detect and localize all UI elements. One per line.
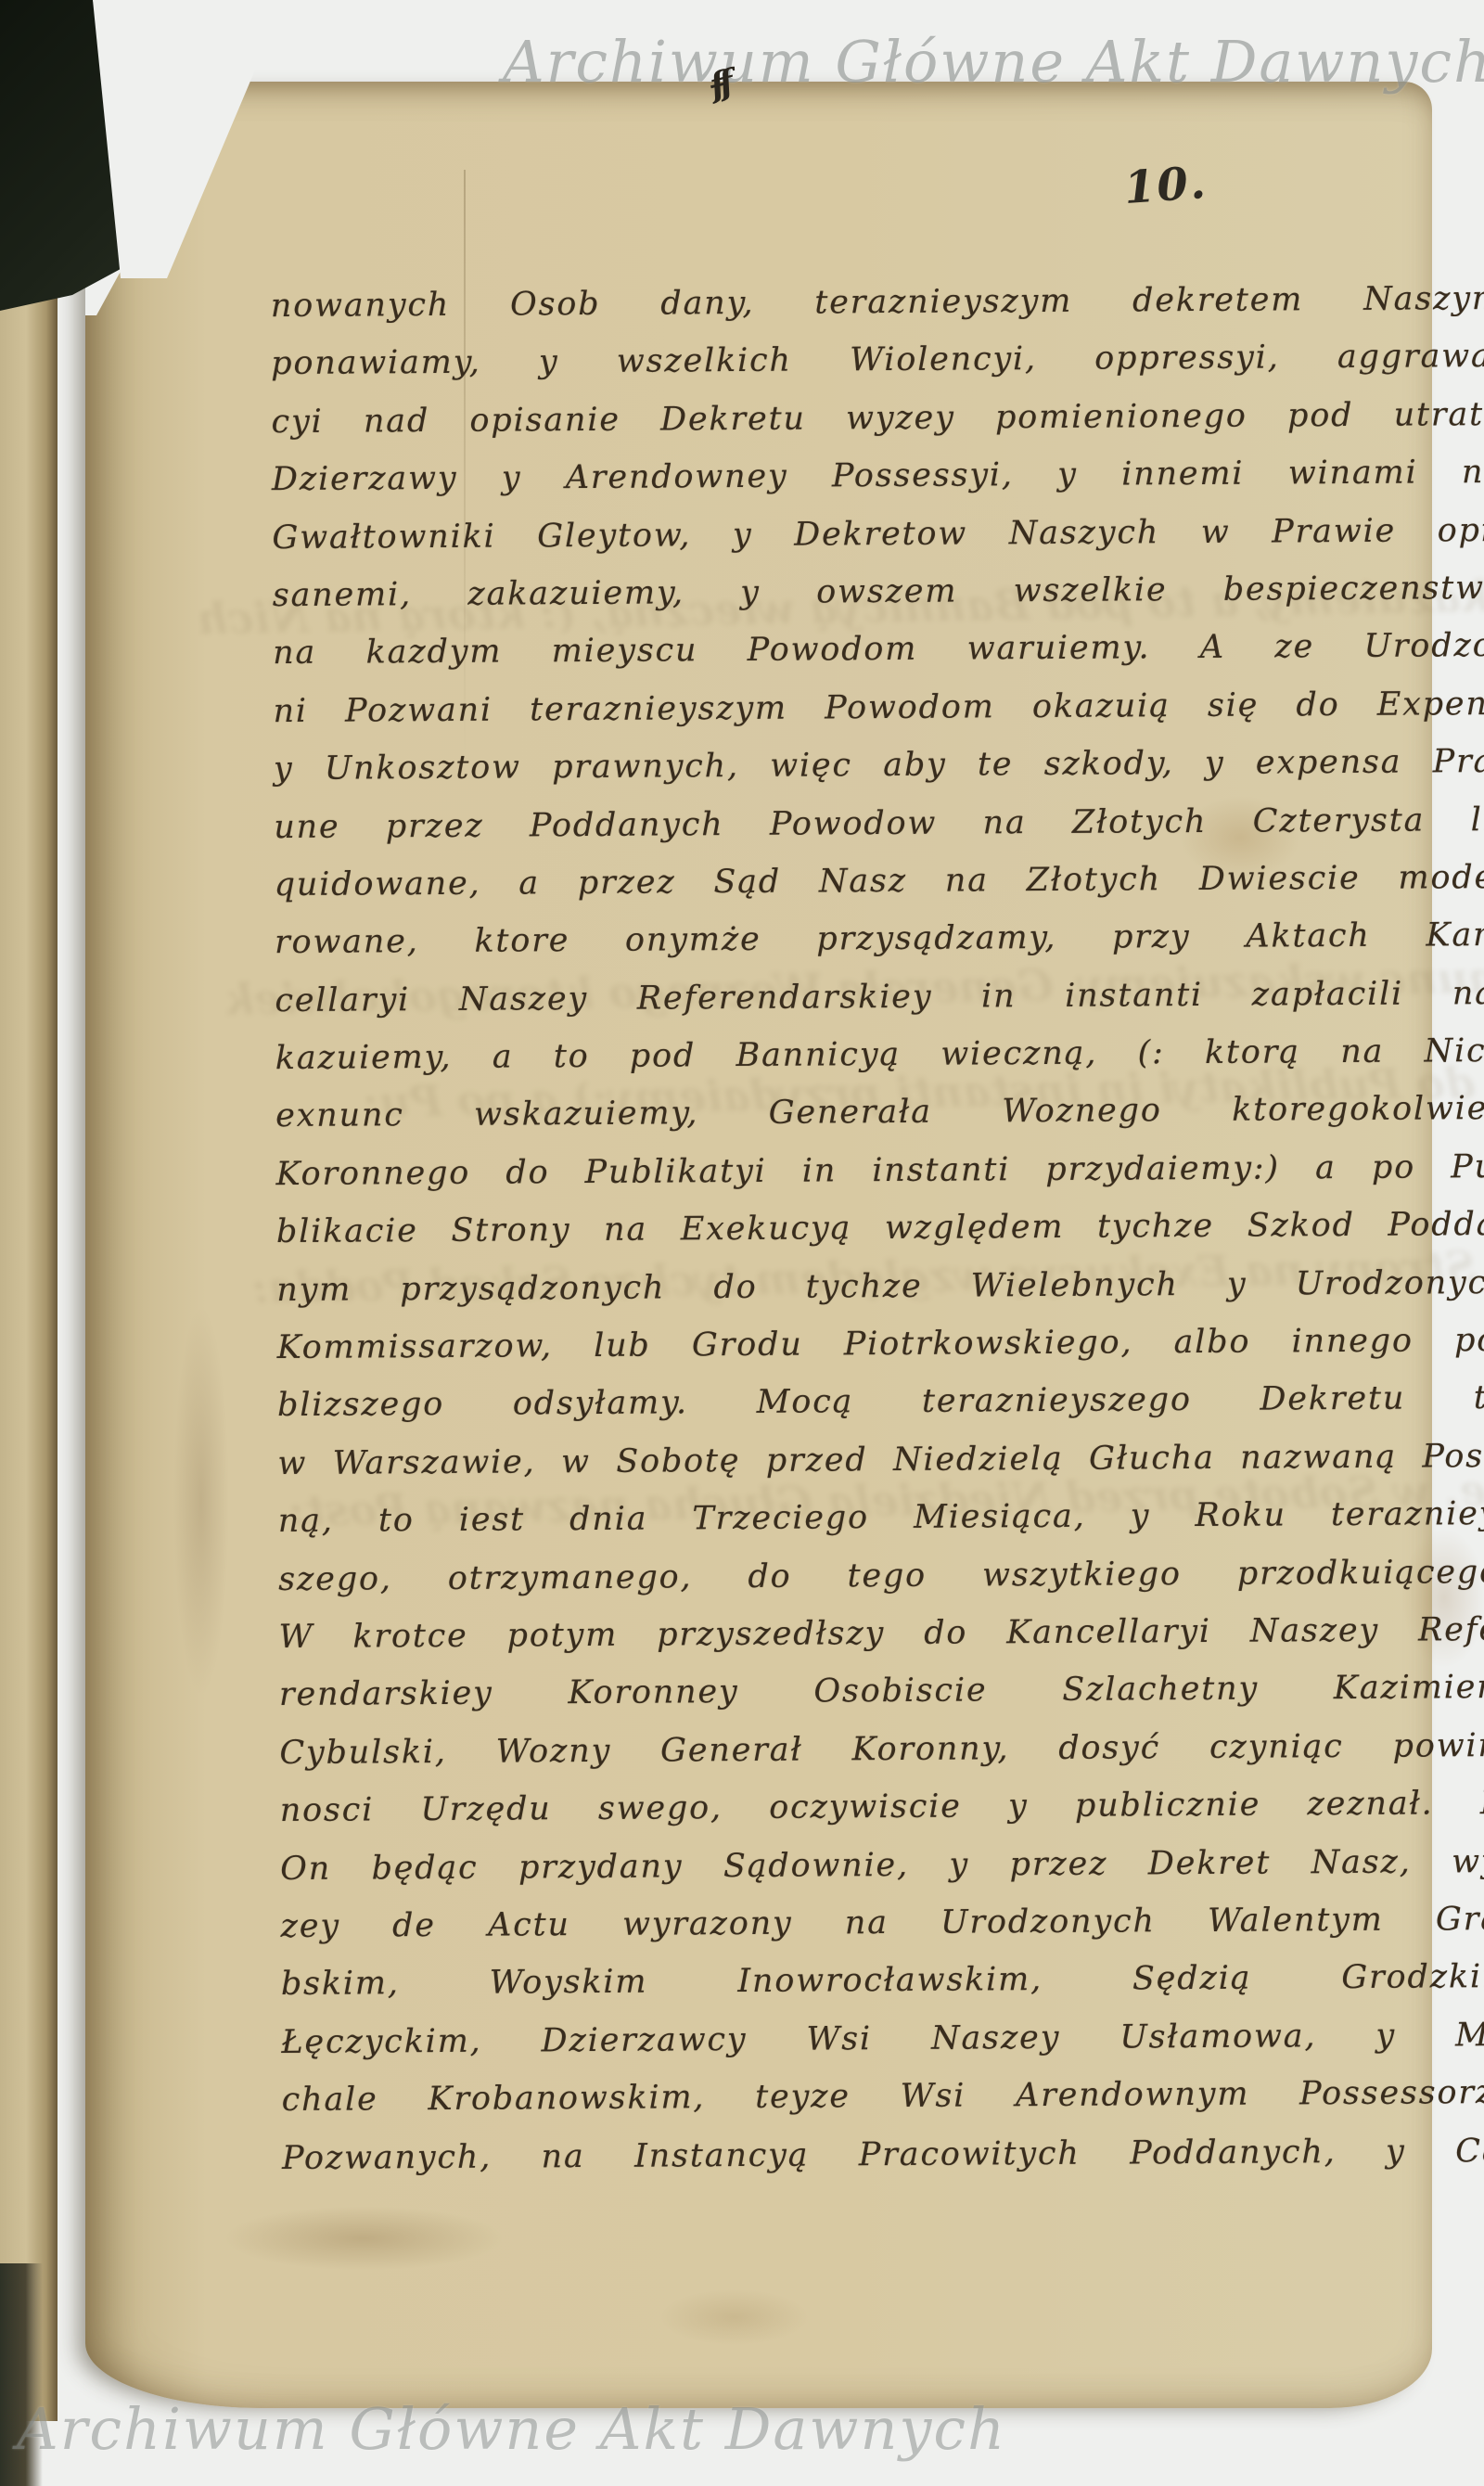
manuscript-line: nosci Urzędu swego, oczywiscie y publicz… — [280, 1785, 1484, 1851]
manuscript-line: kazuiemy, a to pod Bannicyą wieczną, (: … — [275, 1032, 1484, 1098]
manuscript-line: Pozwanych, na Instancyą Pracowitych Podd… — [282, 2132, 1484, 2198]
manuscript-line: chale Krobanowskim, teyze Wsi Arendownym… — [282, 2074, 1484, 2140]
manuscript-line: w Warszawie, w Sobotę przed Niedzielą Gł… — [277, 1438, 1484, 1504]
folio-number: 10. — [1122, 157, 1209, 214]
manuscript-line: ną, to iest dnia Trzeciego Miesiąca, y R… — [278, 1495, 1484, 1561]
manuscript-line: na kazdym mieyscu Powodom waruiemy. A ze… — [273, 627, 1484, 693]
manuscript-line: zey de Actu wyrazony na Urodzonych Walen… — [280, 1901, 1484, 1967]
manuscript-line: ni Pozwani teraznieyszym Powodom okazuią… — [273, 686, 1484, 751]
paper-stain — [173, 1306, 229, 1696]
paper-stain — [224, 2206, 503, 2271]
manuscript-text: nowanych Osob dany, teraznieyszym dekret… — [271, 280, 1484, 2198]
manuscript-line: bskim, Woyskim Inowrocławskim, Sędzią Gr… — [281, 1958, 1484, 2024]
paper-stain — [660, 2289, 809, 2345]
manuscript-line: ponawiamy, y wszelkich Wiolencyi, oppres… — [271, 338, 1484, 404]
manuscript-line: exnunc wskazuiemy, Generała Woznego ktor… — [275, 1090, 1484, 1156]
manuscript-line: y Unkosztow prawnych, więc aby te szkody… — [274, 743, 1484, 809]
manuscript-line: W krotce potym przyszedłszy do Kancellar… — [278, 1611, 1484, 1677]
manuscript-line: Koronnego do Publikatyi in instanti przy… — [275, 1148, 1484, 1214]
manuscript-line: rowane, ktore onymże przysądzamy, przy A… — [275, 916, 1484, 982]
manuscript-line: sanemi, zakazuiemy, y owszem wszelkie be… — [273, 570, 1484, 635]
manuscript-line: Dzierzawy y Arendowney Possessyi, y inne… — [272, 454, 1484, 519]
manuscript-line: une przez Poddanych Powodow na Złotych C… — [274, 801, 1484, 866]
manuscript-line: rendarskiey Koronney Osobiscie Szlachetn… — [279, 1669, 1484, 1735]
manuscript-line: szego, otrzymanego, do tego wszytkiego p… — [278, 1554, 1484, 1620]
manuscript-scan: kazuiemy, a to pod Bannicyą wieczną, (: … — [0, 0, 1484, 2486]
manuscript-line: cellaryi Naszey Referendarskiey in insta… — [275, 975, 1484, 1041]
manuscript-page: kazuiemy, a to pod Bannicyą wieczną, (: … — [85, 82, 1432, 2408]
manuscript-line: cyi nad opisanie Dekretu wyzey pomienion… — [271, 396, 1484, 462]
opposite-page-edge — [0, 260, 58, 2421]
archive-watermark-bottom: Archiwum Główne Akt Dawnych — [17, 2395, 1006, 2463]
manuscript-line: blikacie Strony na Exekucyą względem tyc… — [276, 1206, 1484, 1272]
manuscript-line: On będąc przydany Sądownie, y przez Dekr… — [280, 1842, 1484, 1908]
manuscript-line: quidowane, a przez Sąd Nasz na Złotych D… — [275, 859, 1484, 925]
manuscript-line: Kommissarzow, lub Grodu Piotrkowskiego, … — [277, 1322, 1484, 1388]
manuscript-line: blizszego odsyłamy. Mocą teraznieyszego … — [277, 1379, 1484, 1445]
manuscript-line: Gwałtowniki Gleytow, y Dekretow Naszych … — [272, 512, 1484, 578]
manuscript-line: Cybulski, Wozny Generał Koronny, dosyć c… — [279, 1727, 1484, 1793]
manuscript-line: nym przysądzonych do tychze Wielebnych y… — [276, 1264, 1484, 1330]
manuscript-line: Łęczyckim, Dzierzawcy Wsi Naszey Usłamow… — [281, 2017, 1484, 2082]
manuscript-line: nowanych Osob dany, teraznieyszym dekret… — [271, 280, 1484, 346]
archive-watermark-top: Archiwum Główne Akt Dawnych — [503, 28, 1484, 96]
